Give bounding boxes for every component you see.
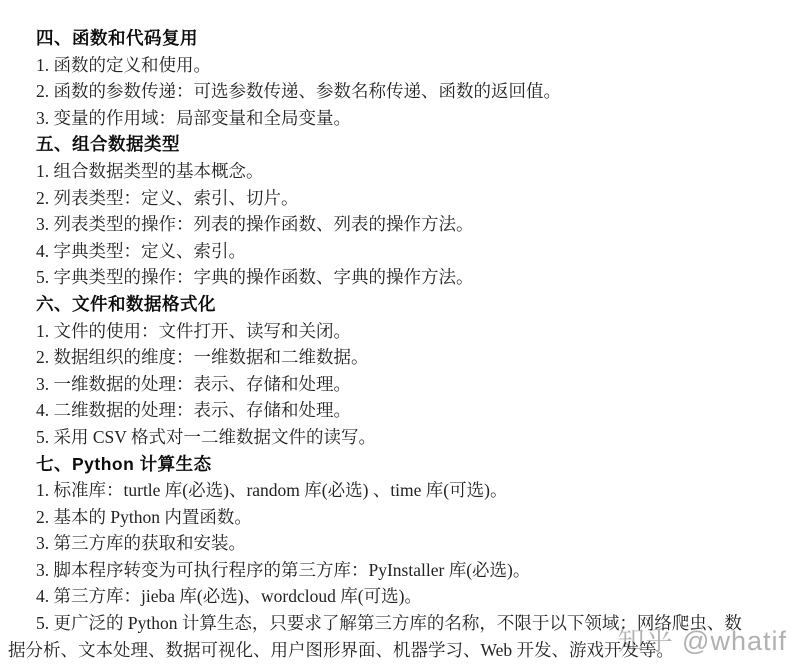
section-heading-6: 六、文件和数据格式化: [8, 291, 736, 318]
syllabus-item: 1. 函数的定义和使用。: [8, 52, 736, 79]
syllabus-item: 2. 基本的 Python 内置函数。: [8, 504, 736, 531]
syllabus-item: 2. 列表类型：定义、索引、切片。: [8, 185, 736, 212]
syllabus-item: 3. 第三方库的获取和安装。: [8, 530, 736, 557]
syllabus-item: 3. 列表类型的操作：列表的操作函数、列表的操作方法。: [8, 211, 736, 238]
syllabus-item: 5. 采用 CSV 格式对一二维数据文件的读写。: [8, 424, 736, 451]
syllabus-item: 1. 标准库：turtle 库(必选)、random 库(必选) 、time 库…: [8, 477, 736, 504]
syllabus-item: 3. 一维数据的处理：表示、存储和处理。: [8, 371, 736, 398]
document-page: 四、函数和代码复用 1. 函数的定义和使用。 2. 函数的参数传递：可选参数传递…: [0, 0, 790, 669]
section-heading-5: 五、组合数据类型: [8, 131, 736, 158]
syllabus-item: 4. 字典类型：定义、索引。: [8, 238, 736, 265]
syllabus-item: 3. 变量的作用域：局部变量和全局变量。: [8, 105, 736, 132]
syllabus-item: 1. 文件的使用：文件打开、读写和关闭。: [8, 318, 736, 345]
syllabus-item: 1. 组合数据类型的基本概念。: [8, 158, 736, 185]
syllabus-item: 2. 函数的参数传递：可选参数传递、参数名称传递、函数的返回值。: [8, 78, 736, 105]
section-heading-7: 七、Python 计算生态: [8, 451, 736, 478]
syllabus-item: 2. 数据组织的维度：一维数据和二维数据。: [8, 344, 736, 371]
syllabus-item: 4. 第三方库：jieba 库(必选)、wordcloud 库(可选)。: [8, 583, 736, 610]
zhihu-watermark: 知乎 @whatif: [618, 625, 787, 657]
syllabus-item: 5. 字典类型的操作：字典的操作函数、字典的操作方法。: [8, 264, 736, 291]
syllabus-item: 4. 二维数据的处理：表示、存储和处理。: [8, 397, 736, 424]
syllabus-item: 3. 脚本程序转变为可执行程序的第三方库：PyInstaller 库(必选)。: [8, 557, 736, 584]
section-heading-4: 四、函数和代码复用: [8, 25, 736, 52]
